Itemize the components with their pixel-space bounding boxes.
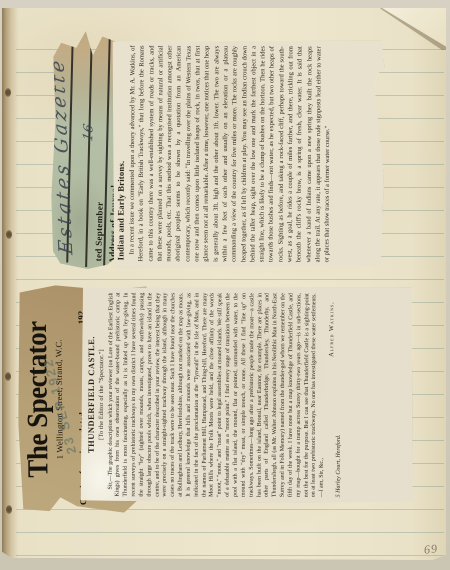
- thunderfield-salutation: [To the Editor of the "Spectator."]: [98, 292, 106, 496]
- thunderfield-title: THUNDERFIELD CASTLE.: [87, 292, 97, 496]
- indian-britons-body: In a recent issue we commented upon a th…: [127, 45, 333, 262]
- page-number: 69: [423, 541, 438, 557]
- date-handwriting: 16: [81, 123, 96, 143]
- watkins-signature: Alfred Watkins.: [328, 293, 336, 497]
- stitch-hole: [6, 505, 12, 514]
- scrapbook-photo: Estates Gazette 16 ted September Address…: [0, 0, 450, 570]
- form-rule: [85, 31, 92, 267]
- stitch-hole: [6, 230, 12, 239]
- stitch-hole: [5, 372, 11, 381]
- thunderfield-clipping: THUNDERFIELD CASTLE. [To the Editor of t…: [81, 286, 414, 503]
- date-label: ted September: [93, 202, 104, 262]
- thunderfield-body: Sir,—The graphic description which your …: [107, 293, 327, 498]
- indian-britons-clipping: Indian and Early Britons. In a recent is…: [111, 39, 384, 268]
- signature-address: 5 Harley Court, Hereford.: [335, 293, 342, 497]
- indian-britons-title: Indian and Early Britons.: [115, 45, 126, 260]
- stitch-hole: [5, 88, 11, 97]
- corner-fold: [380, 8, 446, 50]
